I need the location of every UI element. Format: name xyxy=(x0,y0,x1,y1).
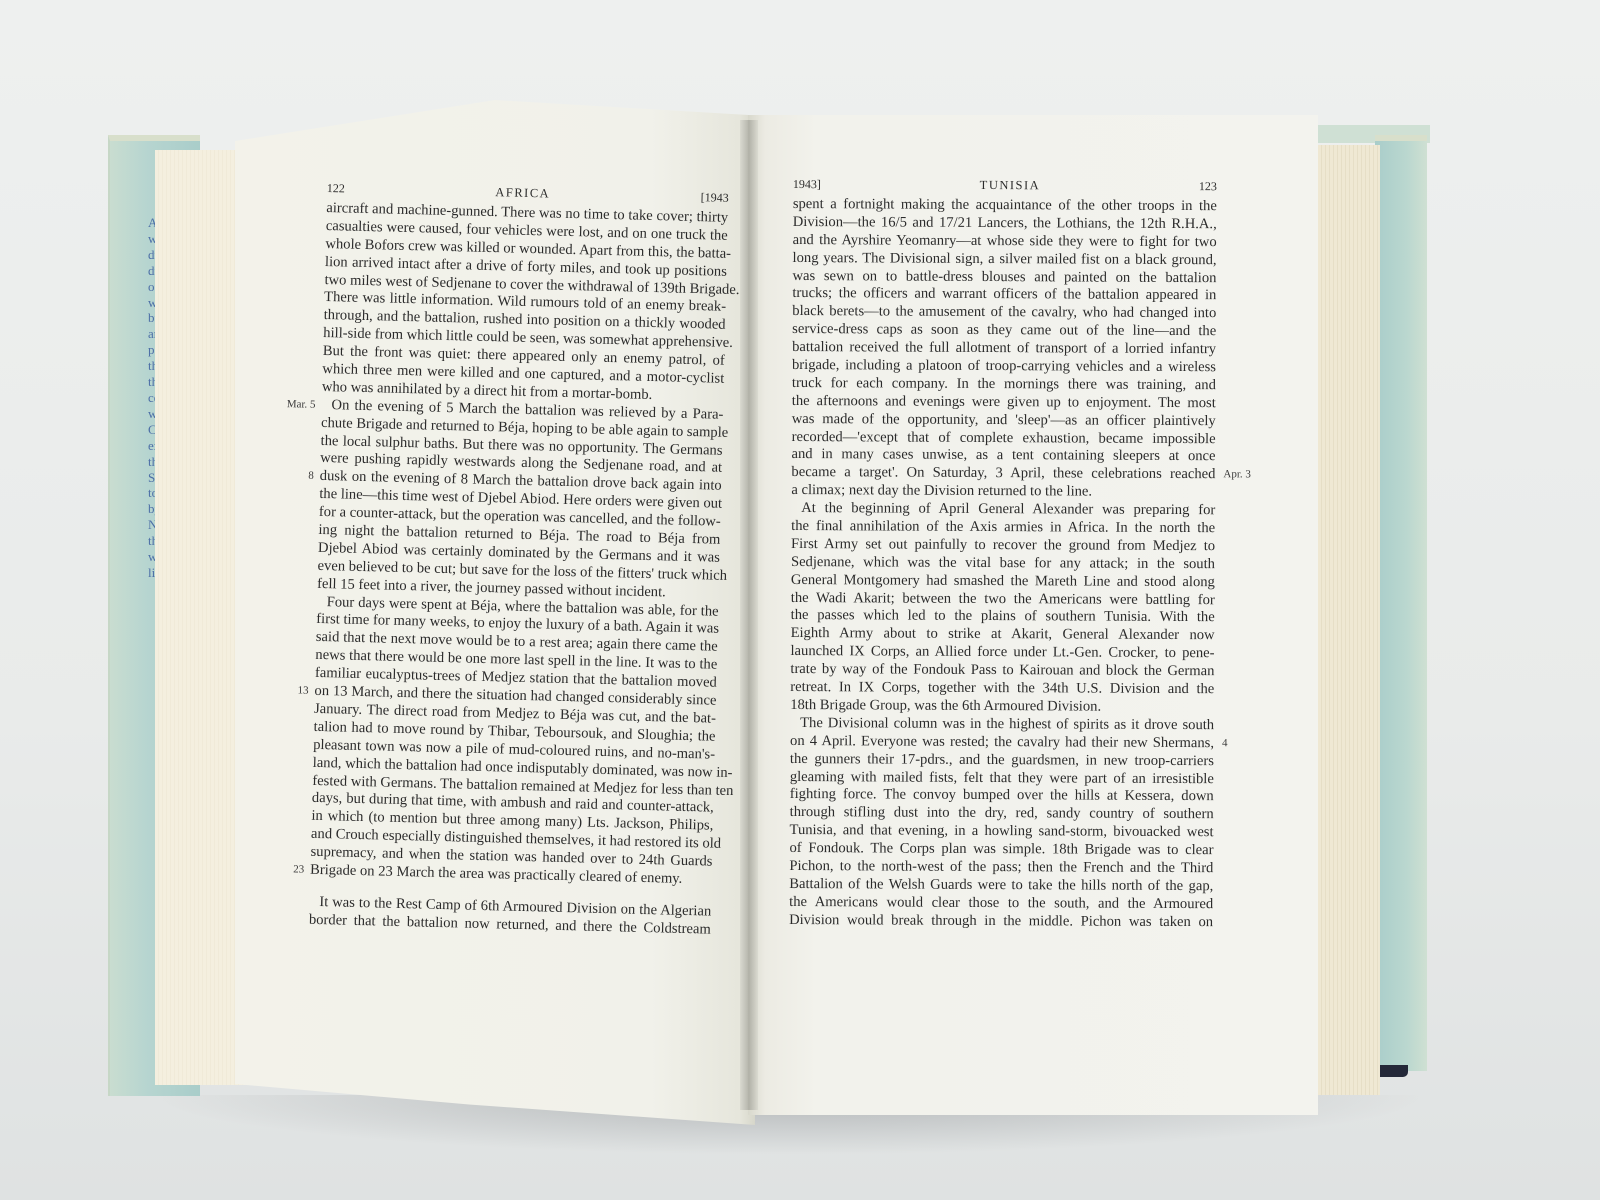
line-text: Division would break through in the midd… xyxy=(789,912,1213,930)
text-line: 18th Brigade Group, was the 6th Armoured… xyxy=(790,697,1214,717)
text-line: long years. The Divisional sign, a silve… xyxy=(793,250,1217,270)
line-text: the afternoons and evenings were given u… xyxy=(792,393,1216,411)
line-text: fighting force. The convoy bumped over t… xyxy=(790,786,1214,804)
text-line: spent a fortnight making the acquaintanc… xyxy=(793,196,1217,216)
margin-date-note: Mar. 5 xyxy=(287,396,316,415)
text-line: Tunisia, and that evening, in a howling … xyxy=(790,822,1214,842)
right-page-body: spent a fortnight making the acquaintanc… xyxy=(789,196,1217,932)
margin-date-note: 4 xyxy=(1222,735,1228,753)
text-line: First Army set out painfully to recover … xyxy=(791,536,1215,556)
line-text: black berets—to the amusement of the cav… xyxy=(792,303,1216,321)
line-text: on 4 April. Everyone was rested; the cav… xyxy=(790,733,1214,751)
right-running-head: 1943] TUNISIA 123 xyxy=(793,176,1217,196)
text-line: and in many cases unwise, as a tent cont… xyxy=(791,446,1215,466)
margin-date-note: 8 xyxy=(308,468,314,486)
line-text: the passes which led to the plains of so… xyxy=(791,607,1215,625)
left-page-body: aircraft and machine-gunned. There was n… xyxy=(309,200,729,939)
page-number: 123 xyxy=(1199,178,1217,196)
line-text: 18th Brigade Group, was the 6th Armoured… xyxy=(790,697,1101,715)
running-title: AFRICA xyxy=(495,184,550,203)
text-line: trate by way of the Fondouk Pass to Kair… xyxy=(790,661,1214,681)
text-line: of Fondouk. The Corps plan was simple. 1… xyxy=(789,840,1213,860)
text-line: At the beginning of April General Alexan… xyxy=(791,500,1215,520)
line-text: Eighth Army about to strike at Akarit, G… xyxy=(791,625,1215,643)
text-line: Sedjenane, which was the vital base for … xyxy=(791,554,1215,574)
running-year: 1943] xyxy=(793,176,821,194)
margin-date-note: 13 xyxy=(297,682,308,700)
text-line: black berets—to the amusement of the cav… xyxy=(792,303,1216,323)
line-text: trate by way of the Fondouk Pass to Kair… xyxy=(790,661,1214,679)
text-line: Division—the 16/5 and 17/21 Lancers, the… xyxy=(793,214,1217,234)
right-page-text: 1943] TUNISIA 123 spent a fortnight maki… xyxy=(789,176,1217,932)
text-line: Division would break through in the midd… xyxy=(789,912,1213,932)
page-block-left xyxy=(155,150,245,1085)
text-line: The Divisional column was in the highest… xyxy=(790,715,1214,735)
text-line: retreat. In IX Corps, together with the … xyxy=(790,679,1214,699)
line-text: was sewn on to battle-dress blouses and … xyxy=(792,268,1216,286)
text-line: service-dress caps as soon as they came … xyxy=(792,321,1216,341)
text-line: the passes which led to the plains of so… xyxy=(791,607,1215,627)
line-text: At the beginning of April General Alexan… xyxy=(801,500,1215,518)
line-text: the final annihilation of the Axis armie… xyxy=(791,518,1215,536)
line-text: the Wadi Akarit; between the two the Ame… xyxy=(791,590,1215,608)
line-text: Pichon, to the north-west of the pass; t… xyxy=(789,858,1213,876)
text-line: was sewn on to battle-dress blouses and … xyxy=(792,268,1216,288)
line-text: truck for each company. In the mornings … xyxy=(792,375,1216,393)
text-line: trucks; the officers and warrant officer… xyxy=(792,285,1216,305)
dust-jacket-right-flap xyxy=(1375,135,1427,1071)
text-line: launched IX Corps, an Allied force under… xyxy=(790,643,1214,663)
line-text: of Fondouk. The Corps plan was simple. 1… xyxy=(789,840,1213,858)
line-text: First Army set out painfully to recover … xyxy=(791,536,1215,554)
line-text: Battalion of the Welsh Guards were to ta… xyxy=(789,876,1213,894)
page-block-right xyxy=(1310,145,1380,1095)
text-line: Pichon, to the north-west of the pass; t… xyxy=(789,858,1213,878)
text-line: became a target'. On Saturday, 3 April, … xyxy=(791,464,1215,484)
text-line: recorded—'except that of complete exhaus… xyxy=(792,429,1216,449)
text-line: brigade, including a platoon of troop-ca… xyxy=(792,357,1216,377)
text-line: on 4 April. Everyone was rested; the cav… xyxy=(790,733,1214,753)
page-number: 122 xyxy=(327,180,345,198)
text-line: General Montgomery had smashed the Maret… xyxy=(791,572,1215,592)
text-line: battalion received the full allotment of… xyxy=(792,339,1216,359)
line-text: retreat. In IX Corps, together with the … xyxy=(790,679,1214,697)
margin-date-note: Apr. 3 xyxy=(1223,467,1251,485)
line-text: brigade, including a platoon of troop-ca… xyxy=(792,357,1216,375)
line-text: a climax; next day the Division returned… xyxy=(791,482,1092,500)
line-text: the gunners their 17-pdrs., and the guar… xyxy=(790,751,1214,769)
line-text: launched IX Corps, an Allied force under… xyxy=(790,643,1214,661)
line-text: long years. The Divisional sign, a silve… xyxy=(793,250,1217,268)
text-line: gleaming with mailed fists, felt that th… xyxy=(790,768,1214,788)
text-line: the Wadi Akarit; between the two the Ame… xyxy=(791,590,1215,610)
text-line: was made of the opportunity, and 'sleep'… xyxy=(792,411,1216,431)
line-text: battalion received the full allotment of… xyxy=(792,339,1216,357)
line-text: spent a fortnight making the acquaintanc… xyxy=(793,196,1217,214)
left-page-text: 122 AFRICA [1943 aircraft and machine-gu… xyxy=(309,180,729,939)
line-text: Division—the 16/5 and 17/21 Lancers, the… xyxy=(793,214,1217,232)
line-text: Sedjenane, which was the vital base for … xyxy=(791,554,1215,572)
text-line: and the Ayrshire Yeomanry—at whose side … xyxy=(793,232,1217,252)
text-line: truck for each company. In the mornings … xyxy=(792,375,1216,395)
running-year: [1943 xyxy=(700,189,728,208)
line-text: Tunisia, and that evening, in a howling … xyxy=(790,822,1214,840)
line-text: The Divisional column was in the highest… xyxy=(800,715,1214,733)
line-text: gleaming with mailed fists, felt that th… xyxy=(790,768,1214,786)
text-line: the gunners their 17-pdrs., and the guar… xyxy=(790,751,1214,771)
line-text: trucks; the officers and warrant officer… xyxy=(792,285,1216,303)
margin-date-note: 23 xyxy=(293,861,304,879)
text-line: a climax; next day the Division returned… xyxy=(791,482,1215,502)
line-text: service-dress caps as soon as they came … xyxy=(792,321,1216,339)
line-text: recorded—'except that of complete exhaus… xyxy=(792,429,1216,447)
text-line: Battalion of the Welsh Guards were to ta… xyxy=(789,876,1213,896)
line-text: through stifling dust into the dry, red,… xyxy=(790,804,1214,822)
line-text: and in many cases unwise, as a tent cont… xyxy=(792,446,1216,464)
line-text: and the Ayrshire Yeomanry—at whose side … xyxy=(793,232,1217,250)
text-line: the final annihilation of the Axis armie… xyxy=(791,518,1215,538)
line-text: was made of the opportunity, and 'sleep'… xyxy=(792,411,1216,429)
running-title: TUNISIA xyxy=(980,177,1041,195)
line-text: General Montgomery had smashed the Maret… xyxy=(791,572,1215,590)
text-line: Eighth Army about to strike at Akarit, G… xyxy=(791,625,1215,645)
line-text: the Americans would clear those to the s… xyxy=(789,894,1213,912)
book-gutter xyxy=(740,120,758,1110)
text-line: the Americans would clear those to the s… xyxy=(789,894,1213,914)
text-line: the afternoons and evenings were given u… xyxy=(792,393,1216,413)
text-line: through stifling dust into the dry, red,… xyxy=(790,804,1214,824)
line-text: became a target'. On Saturday, 3 April, … xyxy=(791,464,1215,482)
text-line: fighting force. The convoy bumped over t… xyxy=(790,786,1214,806)
